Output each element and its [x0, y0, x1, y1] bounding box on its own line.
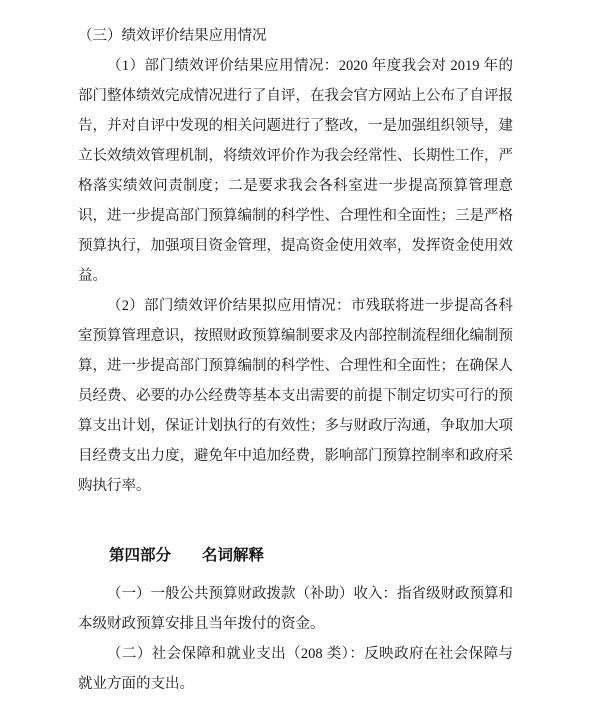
- part-heading-label: 第四部分: [109, 547, 171, 564]
- paragraph-performance-result-planned: （2）部门绩效评价结果拟应用情况：市残联将进一步提高各科室预算管理意识，按照财政…: [78, 291, 513, 501]
- document-page: （三）绩效评价结果应用情况 （1）部门绩效评价结果应用情况：2020 年度我会对…: [0, 0, 590, 716]
- paragraph-performance-result-applied: （1）部门绩效评价结果应用情况：2020 年度我会对 2019 年的部门整体绩效…: [78, 51, 513, 291]
- definition-social-security-employment-expenditure: （二）社会保障和就业支出（208 类）：反映政府在社会保障与就业方面的支出。: [78, 639, 513, 699]
- part-heading: 第四部分名词解释: [78, 541, 513, 571]
- definition-general-public-budget-income: （一）一般公共预算财政拨款（补助）收入：指省级财政预算和本级财政预算安排且当年拨…: [78, 579, 513, 639]
- section-heading: （三）绩效评价结果应用情况: [78, 21, 513, 51]
- part-heading-title: 名词解释: [202, 547, 264, 564]
